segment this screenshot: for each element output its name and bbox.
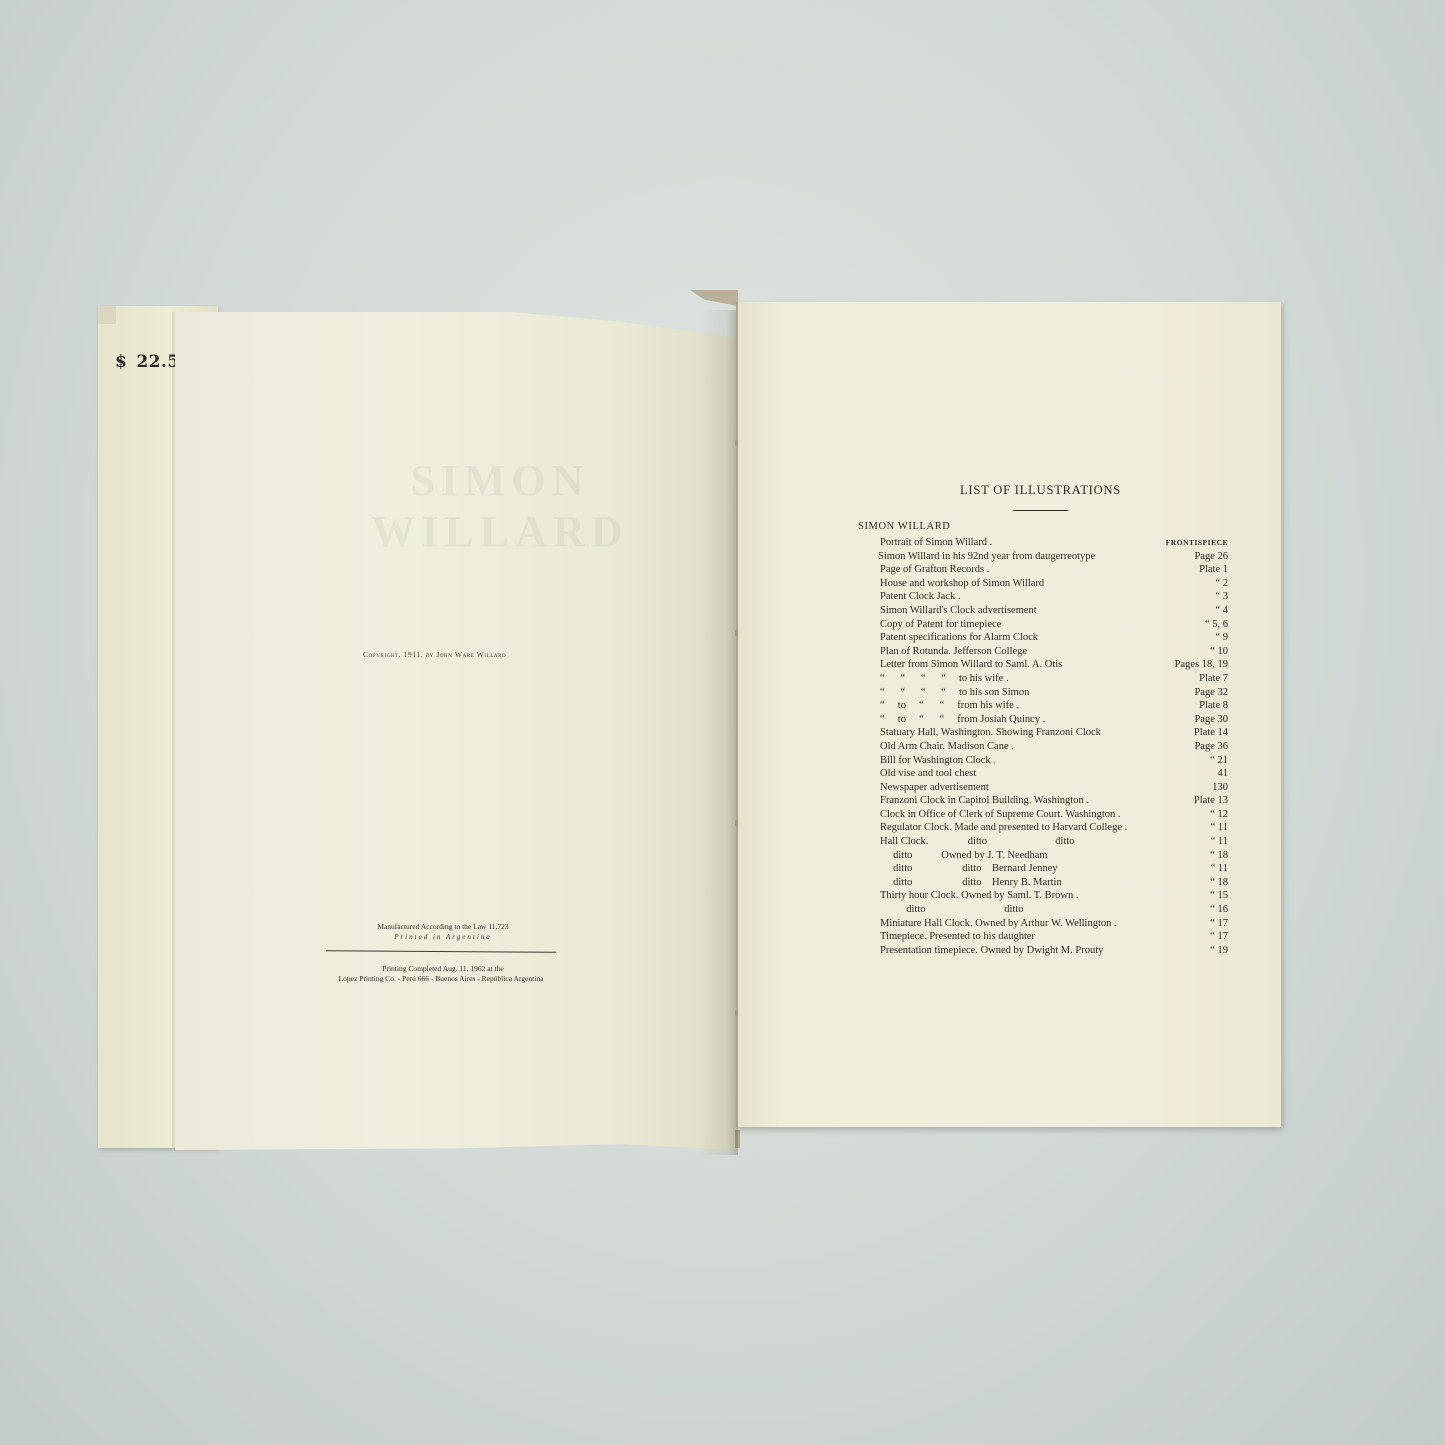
illustration-reference: “ 5, 6 [1205,618,1228,632]
list-item: Simon Willard in his 92nd year from daug… [880,550,1228,564]
illustration-reference: “ 16 [1210,903,1228,917]
list-item: Plan of Rotunda. Jefferson College“ 10 [880,645,1228,659]
list-item: Clock in Office of Clerk of Supreme Cour… [880,808,1228,822]
illustration-title: Regulator Clock. Made and presented to H… [880,821,1127,835]
illustration-reference: “ 21 [1210,754,1228,768]
illustration-title: Newspaper advertisement [880,781,989,795]
left-page [175,312,735,1150]
illustration-reference: Page 36 [1194,740,1228,754]
illustration-reference: Page 26 [1194,550,1228,564]
illustration-title: “ to “ “ from Josiah Quincy . [880,713,1045,727]
illustration-reference: 41 [1218,767,1229,781]
price-currency: $ [115,352,127,372]
illustration-title: “ “ “ “ to his wife . [880,672,1009,686]
illustration-reference: “ 12 [1210,808,1228,822]
list-item: ditto ditto Bernard Jenney“ 11 [880,862,1228,876]
illustration-reference: “ 2 [1215,577,1228,591]
show-through-title: SIMON WILLARD [300,455,700,557]
illustration-title: Statuary Hall, Washington. Showing Franz… [880,726,1101,740]
list-item: Simon Willard's Clock advertisement“ 4 [880,604,1228,618]
illustration-title: “ “ “ “ to his son Simon [880,686,1029,700]
illustration-reference: Page 30 [1194,713,1228,727]
printer-imprint: Manufactured According to the Law 11,723… [318,922,568,983]
list-item: “ “ “ “ to his son SimonPage 32 [880,686,1228,700]
illustration-reference: “ 3 [1215,590,1228,604]
illustration-reference: “ 4 [1215,604,1228,618]
show-through-text [855,420,1225,434]
illustration-reference: “ 18 [1210,849,1228,863]
list-item: Franzoni Clock in Capitol Building. Wash… [880,794,1228,808]
imprint-law: Manufactured According to the Law 11,723 [318,922,568,931]
illustration-reference: Pages 18, 19 [1175,658,1228,672]
illustration-title: Copy of Patent for timepiece [880,618,1001,632]
illustration-reference: “ 17 [1210,917,1228,931]
binding-line [736,302,738,1127]
imprint-rule [326,950,556,953]
list-item: Regulator Clock. Made and presented to H… [880,821,1228,835]
list-item: ditto Owned by J. T. Needham“ 18 [880,849,1228,863]
list-item: Patent specifications for Alarm Clock“ 9 [880,631,1228,645]
illustration-reference: Plate 1 [1199,563,1228,577]
illustration-title: Thirty hour Clock. Owned by Saml. T. Bro… [880,889,1079,903]
list-item: Miniature Hall Clock. Owned by Arthur W.… [880,917,1228,931]
list-item: House and workshop of Simon Willard“ 2 [880,577,1228,591]
illustration-title: Patent Clock Jack . [880,590,960,604]
list-item: Newspaper advertisement130 [880,781,1228,795]
list-item: Timepiece. Presented to his daughter“ 17 [880,930,1228,944]
illustration-title: “ to “ “ from his wife . [880,699,1019,713]
list-item: Old Arm Chair. Madison Cane .Page 36 [880,740,1228,754]
list-item: ditto ditto“ 16 [880,903,1228,917]
illustration-reference: Plate 14 [1194,726,1228,740]
illustration-title: Presentation timepiece. Owned by Dwight … [880,944,1103,958]
list-item: Letter from Simon Willard to Saml. A. Ot… [880,658,1228,672]
copyright-line: Copyright, 1911, by John Ware Willard [363,650,506,659]
illustration-reference: “ 17 [1210,930,1228,944]
spine-top [690,290,738,306]
imprint-printer: Lopez Printing Co. - Perú 666 - Buenos A… [314,974,568,983]
illustration-reference: Plate 7 [1199,672,1228,686]
title-rule [1013,510,1068,511]
illustration-reference: Plate 13 [1194,794,1228,808]
illustration-title: Franzoni Clock in Capitol Building. Wash… [880,794,1089,808]
list-item: “ to “ “ from his wife .Plate 8 [880,699,1228,713]
list-item: Page of Grafton Records .Plate 1 [880,563,1228,577]
illustration-reference: Plate 8 [1199,699,1228,713]
illustration-title: Miniature Hall Clock. Owned by Arthur W.… [880,917,1117,931]
illustration-reference: 130 [1212,781,1228,795]
illustration-title: Old Arm Chair. Madison Cane . [880,740,1014,754]
section-heading: SIMON WILLARD [858,521,950,532]
illustration-title: ditto ditto [880,903,1024,917]
list-item: Statuary Hall, Washington. Showing Franz… [880,726,1228,740]
illustration-reference: “ 9 [1215,631,1228,645]
binding-stitch [735,630,738,636]
illustration-title: ditto Owned by J. T. Needham [880,849,1048,863]
illustration-title: Page of Grafton Records . [880,563,989,577]
illustration-reference: “ 11 [1211,835,1228,849]
binding-stitch [735,1010,738,1016]
illustration-reference: “ 11 [1211,821,1228,835]
list-item: Bill for Washington Clock .“ 21 [880,754,1228,768]
illustration-title: Letter from Simon Willard to Saml. A. Ot… [880,658,1062,672]
binding-stitch [735,440,738,446]
illustration-title: Bill for Washington Clock . [880,754,996,768]
list-item: “ to “ “ from Josiah Quincy .Page 30 [880,713,1228,727]
illustration-title: Simon Willard's Clock advertisement [880,604,1037,618]
illustration-title: House and workshop of Simon Willard [880,577,1044,591]
illustration-title: Old vise and tool chest [880,767,976,781]
binding-stitch [735,820,738,826]
illustration-title: Clock in Office of Clerk of Supreme Cour… [880,808,1121,822]
list-item: Presentation timepiece. Owned by Dwight … [880,944,1228,958]
list-item: Hall Clock. ditto ditto“ 11 [880,835,1228,849]
illustration-reference: “ 10 [1210,645,1228,659]
list-item: Copy of Patent for timepiece“ 5, 6 [880,618,1228,632]
illustration-reference: FRONTISPIECE [1166,536,1228,550]
gutter-shadow [700,310,738,1155]
illustration-title: Timepiece. Presented to his daughter [880,930,1035,944]
illustration-title: ditto ditto Bernard Jenney [880,862,1058,876]
list-item: Thirty hour Clock. Owned by Saml. T. Bro… [880,889,1228,903]
imprint-printed-in: Printed in Argentina [318,933,568,941]
illustration-title: Hall Clock. ditto ditto [880,835,1075,849]
illustration-reference: “ 19 [1210,944,1228,958]
list-item: ditto ditto Henry B. Martin“ 18 [880,876,1228,890]
illustrations-list: Portrait of Simon Willard .FRONTISPIECES… [880,536,1228,957]
imprint-completed: Printing Completed Aug. 11, 1962 at the [318,964,568,973]
illustration-title: ditto ditto Henry B. Martin [880,876,1062,890]
list-item: Patent Clock Jack .“ 3 [880,590,1228,604]
illustration-title: Patent specifications for Alarm Clock [880,631,1038,645]
list-item: “ “ “ “ to his wife .Plate 7 [880,672,1228,686]
cover-corner [98,306,116,324]
illustration-reference: “ 15 [1210,889,1228,903]
illustration-title: Simon Willard in his 92nd year from daug… [878,550,1095,564]
photo-scene: $22.50 SIMON WILLARD Copyright, 1911, by… [0,0,1445,1445]
illustration-title: Portrait of Simon Willard . [880,536,992,550]
list-item: Old vise and tool chest41 [880,767,1228,781]
illustration-reference: “ 18 [1210,876,1228,890]
list-of-illustrations-title: LIST OF ILLUSTRATIONS [960,483,1121,498]
list-item: Portrait of Simon Willard .FRONTISPIECE [880,536,1228,550]
illustration-reference: Page 32 [1194,686,1228,700]
illustration-title: Plan of Rotunda. Jefferson College [880,645,1027,659]
illustration-reference: “ 11 [1211,862,1228,876]
